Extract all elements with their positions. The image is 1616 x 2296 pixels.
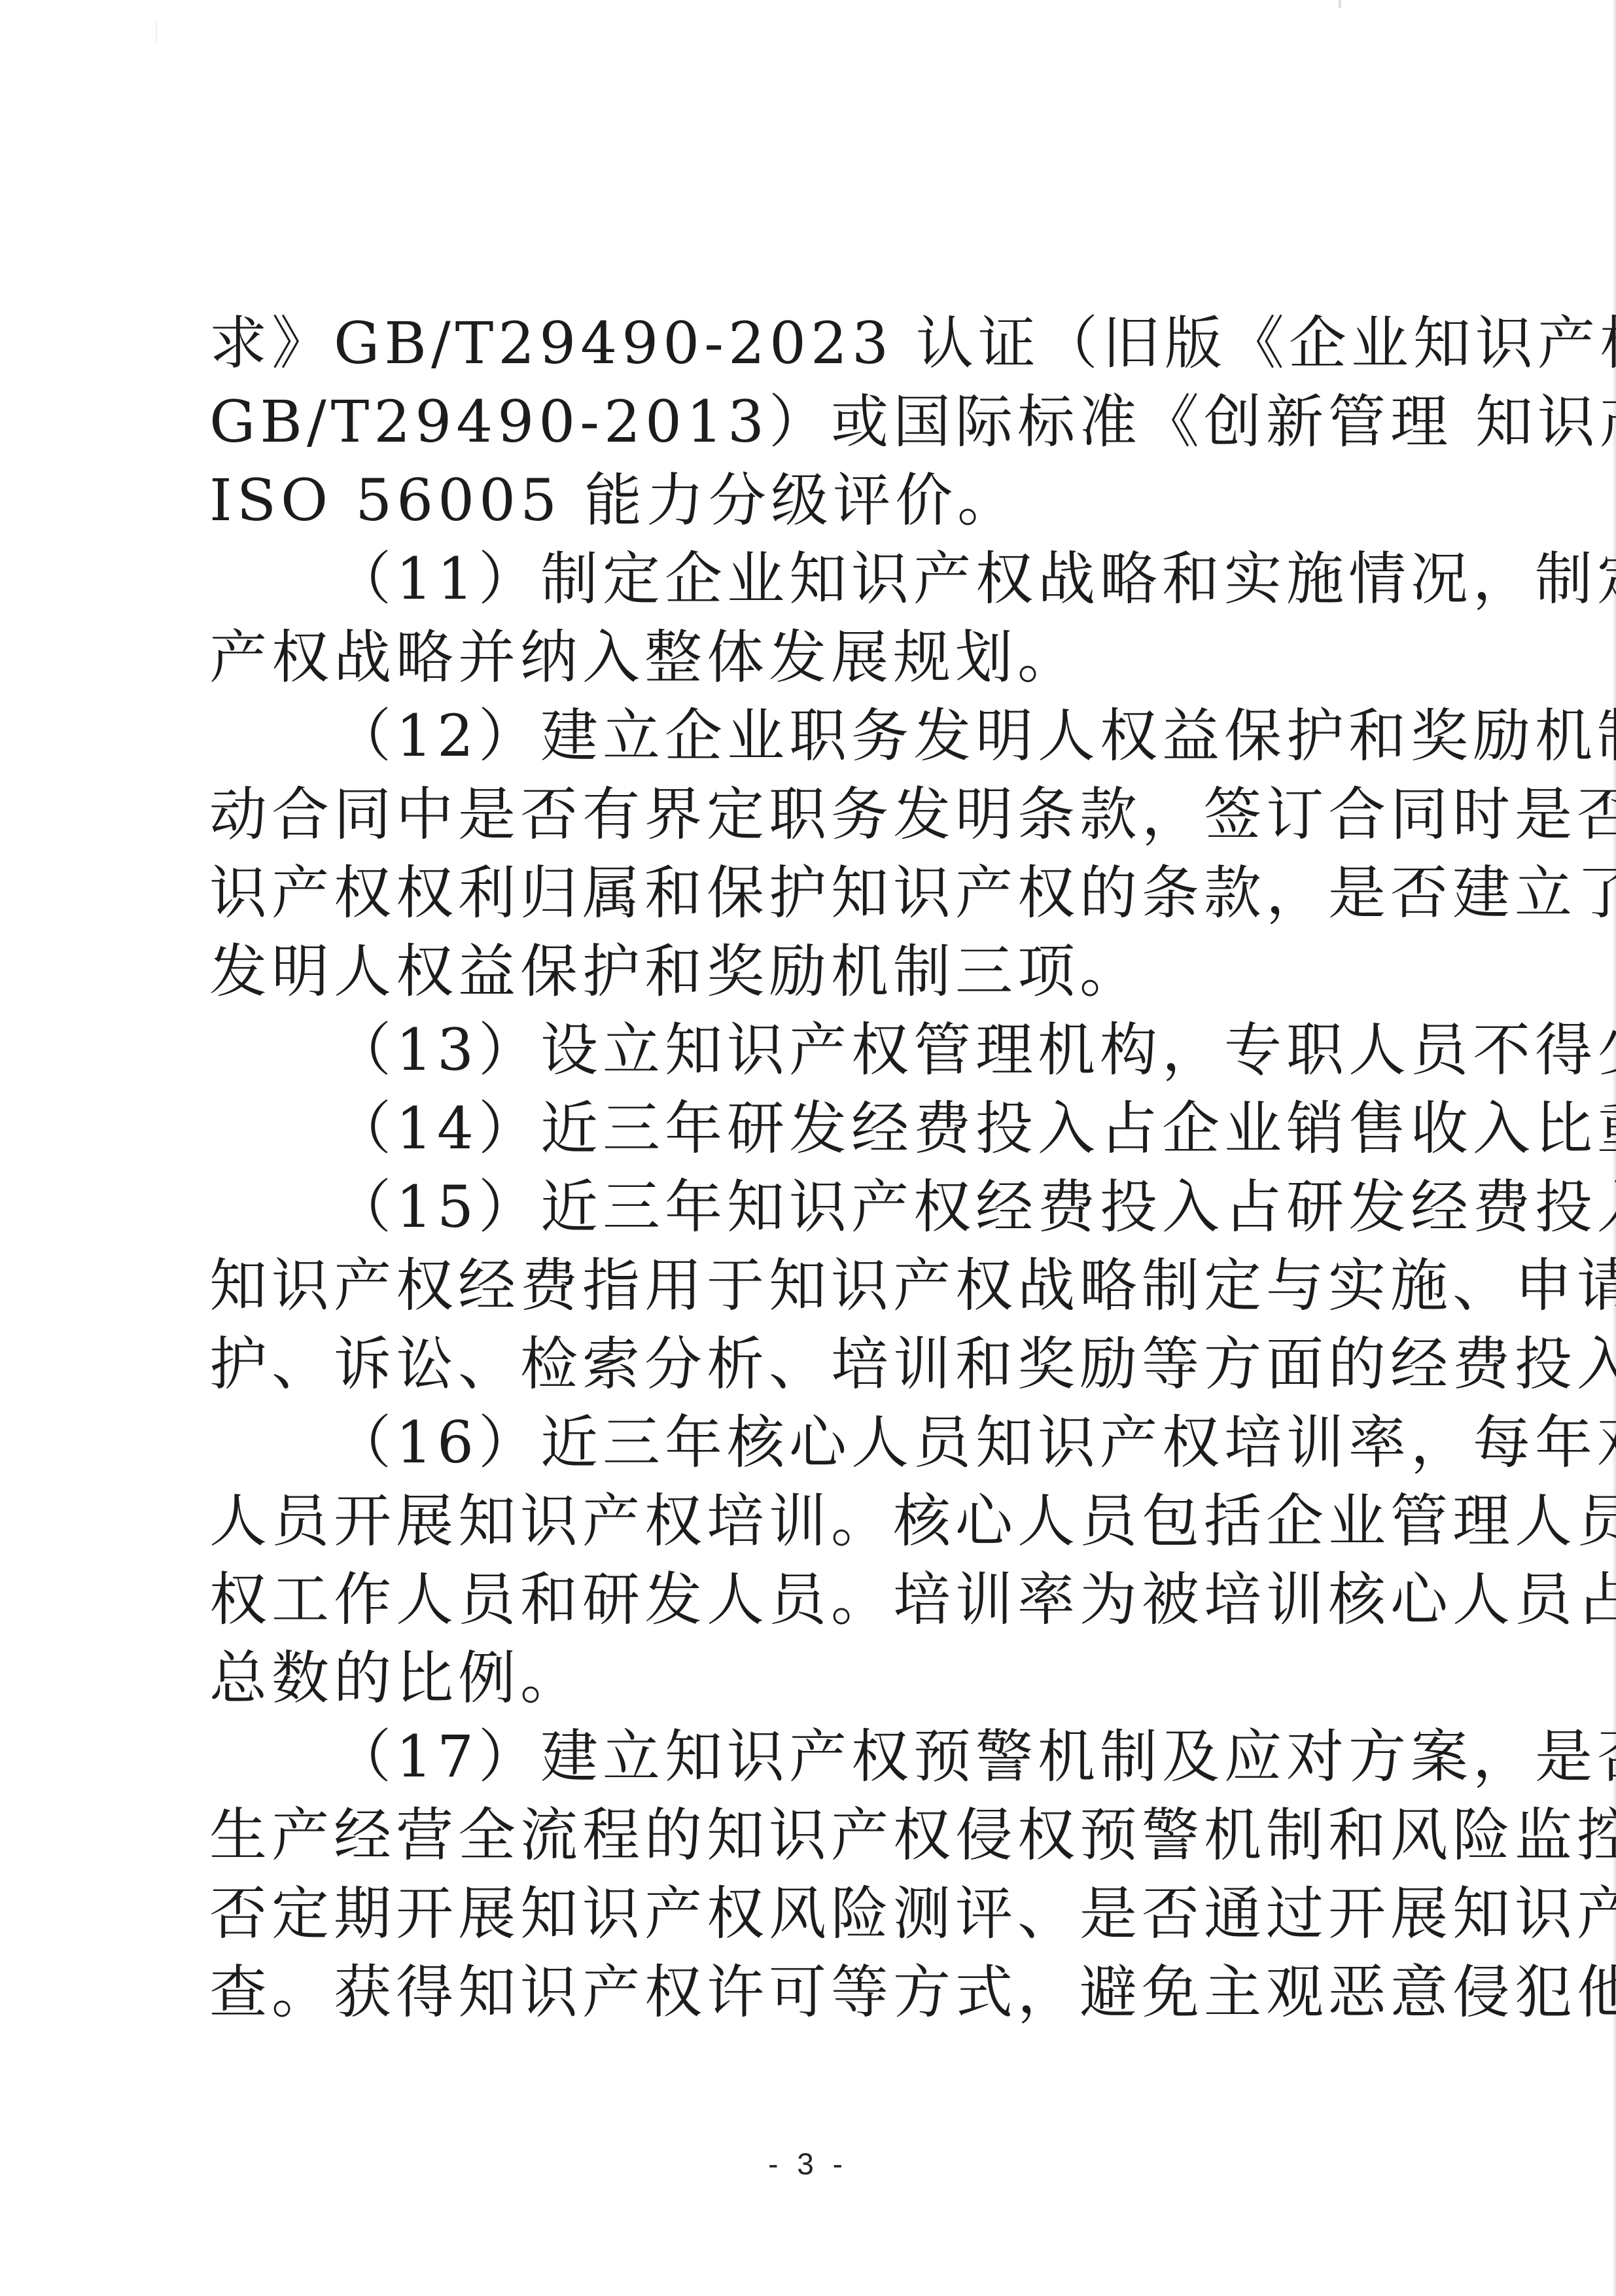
text-line: （13）设立知识产权管理机构，专职人员不得少于 2 人。 bbox=[209, 1011, 1394, 1089]
text-line: 识产权权利归属和保护知识产权的条款，是否建立了企业职务 bbox=[209, 854, 1394, 932]
text-line: 动合同中是否有界定职务发明条款，签订合同时是否有约定知 bbox=[209, 775, 1394, 854]
scan-artifact-mark bbox=[156, 21, 157, 43]
document-body: 求》GB/T29490-2023 认证（旧版《企业知识产权管理规范》GB/T29… bbox=[209, 304, 1394, 2032]
page-number: - 3 - bbox=[0, 2146, 1616, 2181]
text-line: （14）近三年研发经费投入占企业销售收入比重均值。 bbox=[209, 1089, 1394, 1168]
text-line: 产权战略并纳入整体发展规划。 bbox=[209, 618, 1394, 697]
paragraph-14: （14）近三年研发经费投入占企业销售收入比重均值。 bbox=[209, 1089, 1394, 1168]
paragraph-continuation: 求》GB/T29490-2023 认证（旧版《企业知识产权管理规范》GB/T29… bbox=[209, 304, 1394, 540]
text-line: 护、诉讼、检索分析、培训和奖励等方面的经费投入。 bbox=[209, 1325, 1394, 1404]
text-line: （12）建立企业职务发明人权益保护和奖励机制，包括劳 bbox=[209, 697, 1394, 775]
text-line: 查。获得知识产权许可等方式，避免主观恶意侵犯他人知识产 bbox=[209, 1953, 1394, 2032]
text-line: 权工作人员和研发人员。培训率为被培训核心人员占核心人员 bbox=[209, 1561, 1394, 1639]
text-line: 总数的比例。 bbox=[209, 1639, 1394, 1718]
paragraph-13: （13）设立知识产权管理机构，专职人员不得少于 2 人。 bbox=[209, 1011, 1394, 1089]
paragraph-12: （12）建立企业职务发明人权益保护和奖励机制，包括劳动合同中是否有界定职务发明条… bbox=[209, 697, 1394, 1011]
text-line: （16）近三年核心人员知识产权培训率，每年对企业核心 bbox=[209, 1404, 1394, 1482]
text-line: 知识产权经费指用于知识产权战略制定与实施、申请/注册、维 bbox=[209, 1246, 1394, 1325]
text-line: 发明人权益保护和奖励机制三项。 bbox=[209, 932, 1394, 1011]
paragraph-17: （17）建立知识产权预警机制及应对方案，是否建立贯穿生产经营全流程的知识产权侵权… bbox=[209, 1718, 1394, 2032]
text-line: （15）近三年知识产权经费投入占研发经费投入比重均值， bbox=[209, 1168, 1394, 1246]
paragraph-11: （11）制定企业知识产权战略和实施情况，制定企业知识产权战略并纳入整体发展规划。 bbox=[209, 540, 1394, 697]
text-line: 人员开展知识产权培训。核心人员包括企业管理人员、知识产 bbox=[209, 1482, 1394, 1561]
text-line: （17）建立知识产权预警机制及应对方案，是否建立贯穿 bbox=[209, 1718, 1394, 1796]
text-line: 否定期开展知识产权风险测评、是否通过开展知识产权尽职调 bbox=[209, 1875, 1394, 1953]
text-line: （11）制定企业知识产权战略和实施情况，制定企业知识 bbox=[209, 540, 1394, 618]
text-line: GB/T29490-2013）或国际标准《创新管理 知识产权管理指南》 bbox=[209, 383, 1394, 461]
text-line: 求》GB/T29490-2023 认证（旧版《企业知识产权管理规范》 bbox=[209, 304, 1394, 383]
text-line: ISO 56005 能力分级评价。 bbox=[209, 461, 1394, 540]
paragraph-15: （15）近三年知识产权经费投入占研发经费投入比重均值，知识产权经费指用于知识产权… bbox=[209, 1168, 1394, 1404]
document-page: 求》GB/T29490-2023 认证（旧版《企业知识产权管理规范》GB/T29… bbox=[0, 0, 1616, 2296]
paragraph-16: （16）近三年核心人员知识产权培训率，每年对企业核心人员开展知识产权培训。核心人… bbox=[209, 1404, 1394, 1718]
text-line: 生产经营全流程的知识产权侵权预警机制和风险监控机制、是 bbox=[209, 1796, 1394, 1875]
scan-artifact-mark bbox=[1339, 0, 1341, 8]
